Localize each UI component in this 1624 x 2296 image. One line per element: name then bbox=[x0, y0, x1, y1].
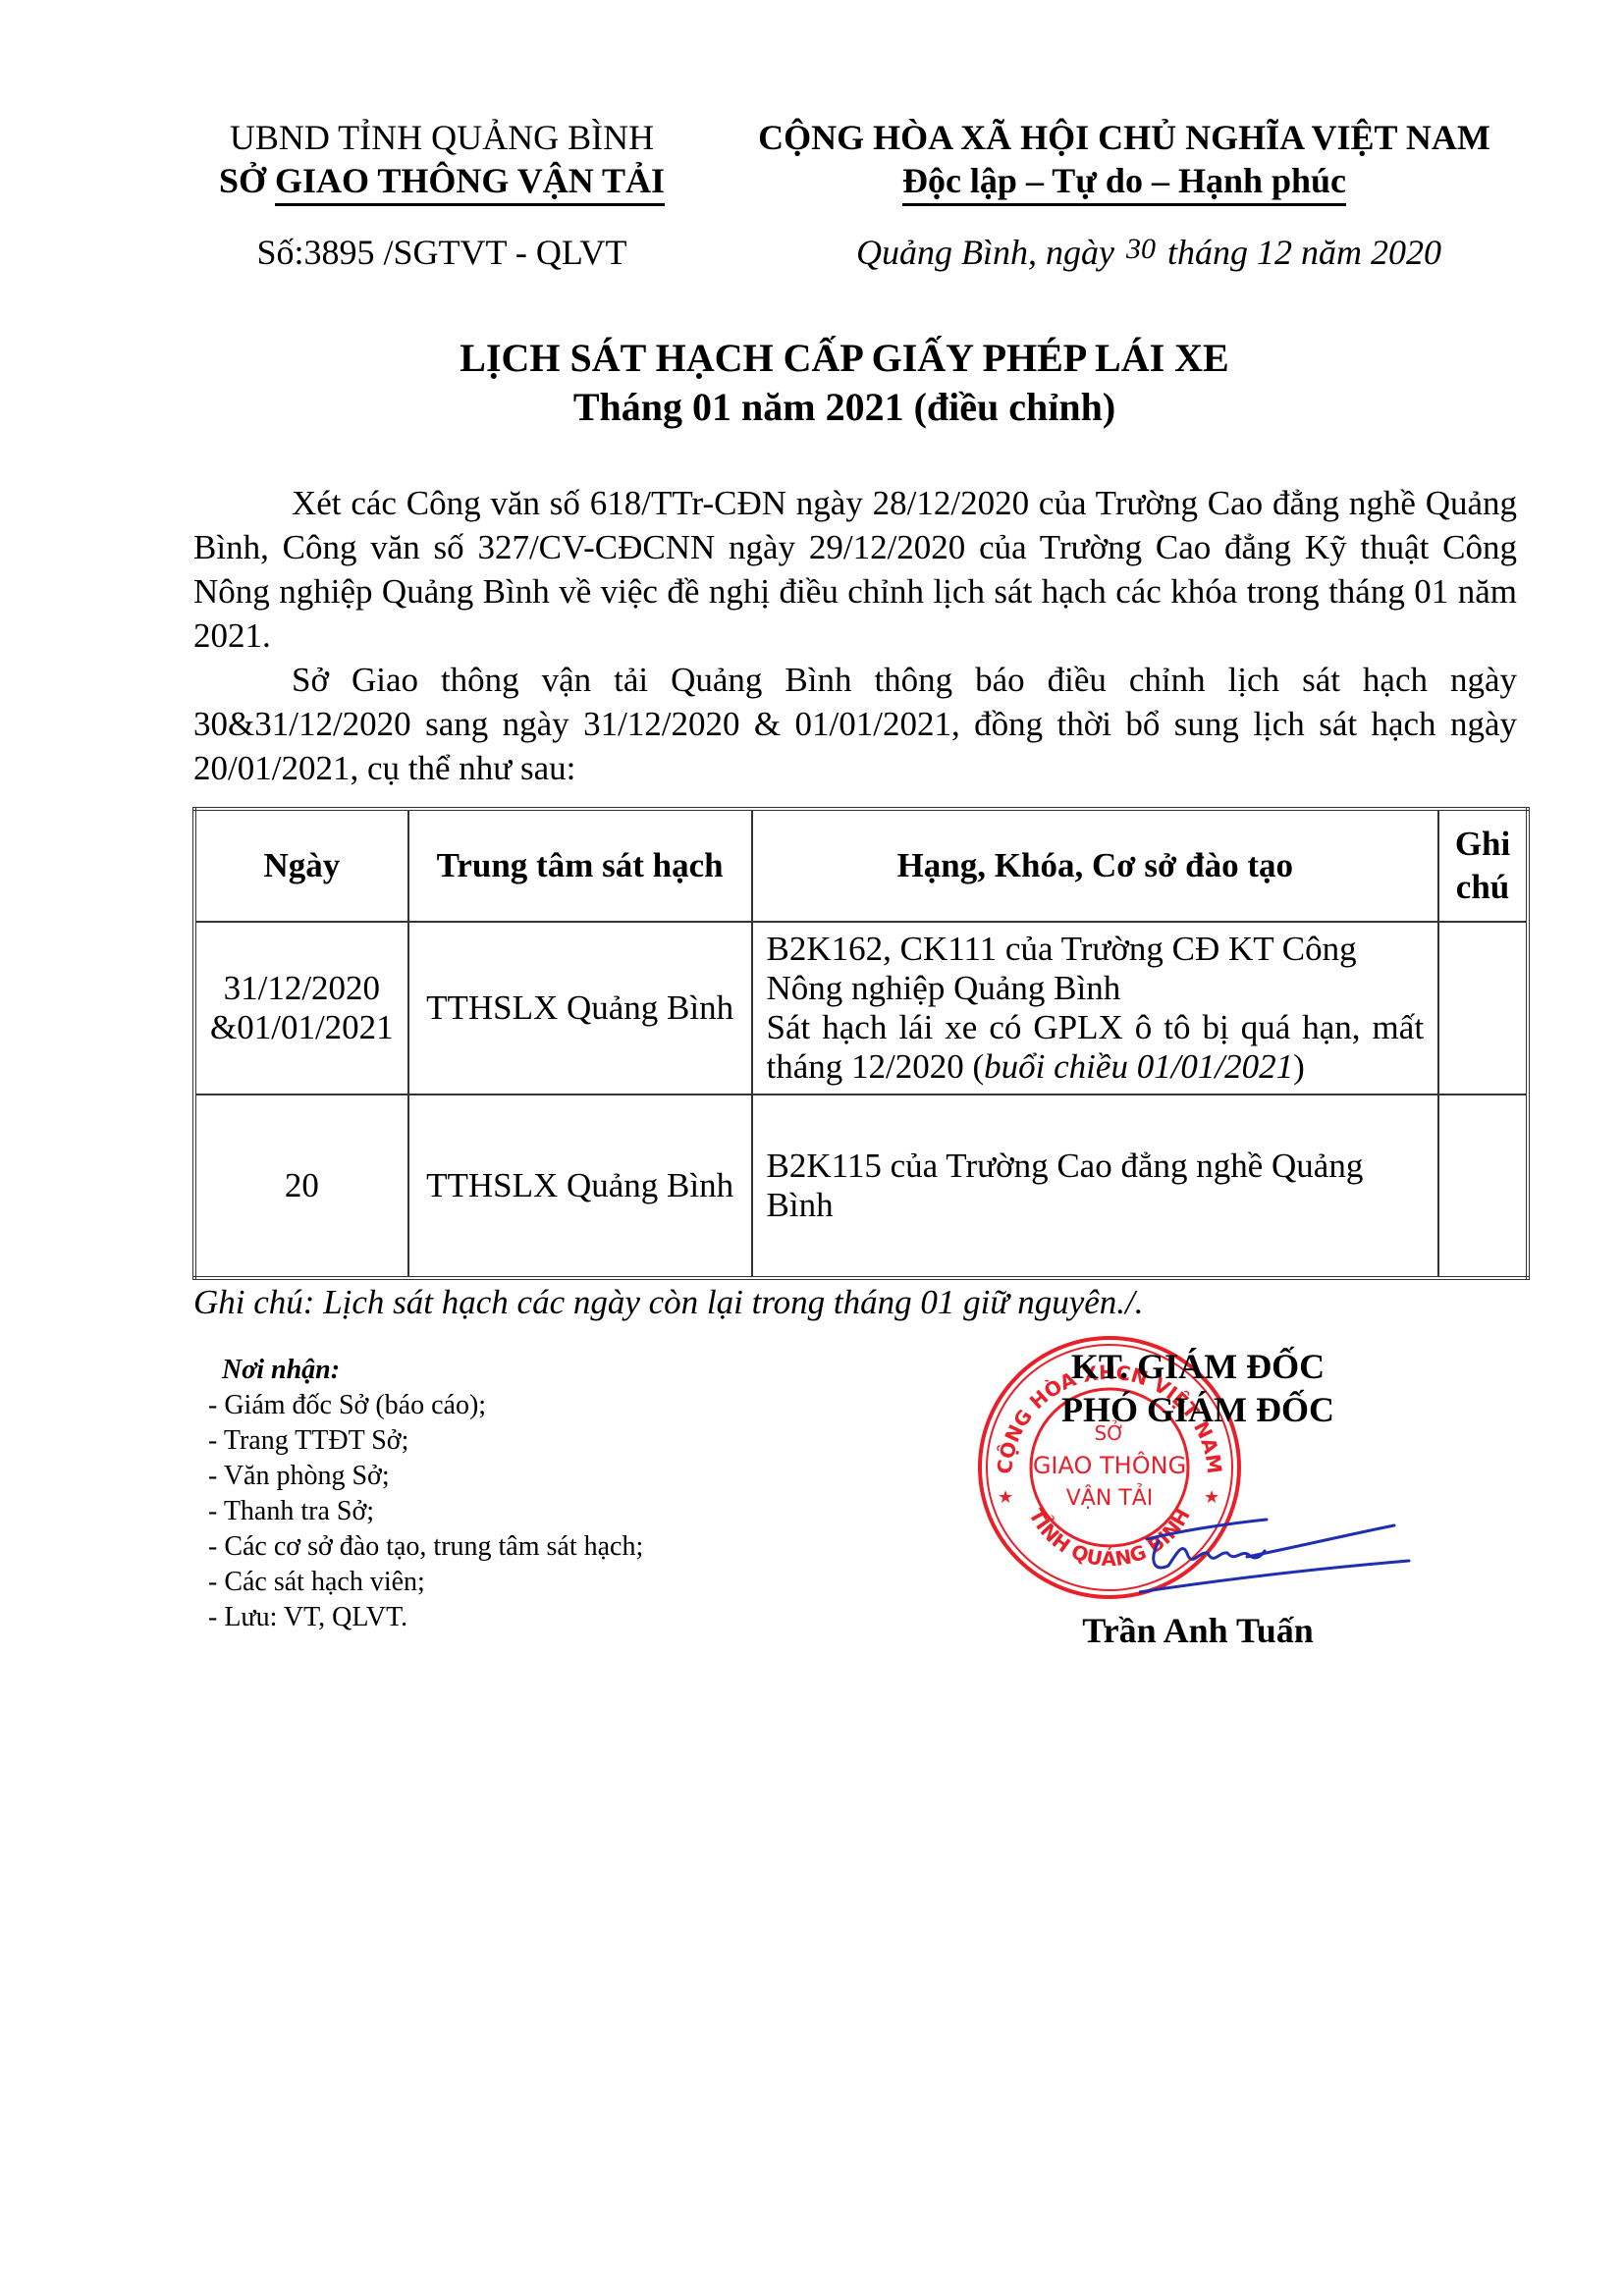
header-date: Ngày bbox=[194, 809, 408, 922]
recipient-item: - Các cơ sở đào tạo, trung tâm sát hạch; bbox=[208, 1529, 643, 1565]
title-line-2: Tháng 01 năm 2021 (điều chỉnh) bbox=[167, 383, 1522, 432]
signature-line-1: KT. GIÁM ĐỐC bbox=[1021, 1345, 1375, 1388]
recipient-item: - Thanh tra Sở; bbox=[208, 1494, 643, 1529]
recipient-item: - Trang TTĐT Sở; bbox=[208, 1423, 643, 1459]
motto-text: Độc lập – Tự do – Hạnh phúc bbox=[902, 161, 1346, 200]
cell-note bbox=[1438, 922, 1528, 1095]
recipients-block: Nơi nhận: - Giám đốc Sở (báo cáo); - Tra… bbox=[208, 1353, 643, 1635]
cell-center: TTHSLX Quảng Bình bbox=[408, 1095, 752, 1278]
body-paragraph-1: Xét các Công văn số 618/TTr-CĐN ngày 28/… bbox=[193, 481, 1517, 658]
date-line-2: &01/01/2021 bbox=[210, 1008, 394, 1047]
footnote: Ghi chú: Lịch sát hạch các ngày còn lại … bbox=[193, 1283, 1144, 1322]
place-prefix: Quảng Bình, ngày bbox=[856, 233, 1114, 272]
cell-class: B2K115 của Trường Cao đẳng nghề Quảng Bì… bbox=[752, 1095, 1439, 1278]
signer-name: Trần Anh Tuấn bbox=[1021, 1610, 1375, 1651]
national-header-block: CỘNG HÒA XÃ HỘI CHỦ NGHĨA VIỆT NAM Độc l… bbox=[731, 116, 1517, 202]
cell-class: B2K162, CK111 của Trường CĐ KT Công Nông… bbox=[752, 922, 1439, 1095]
agency-underline bbox=[275, 203, 665, 206]
issuing-agency-block: UBND TỈNH QUẢNG BÌNH SỞ GIAO THÔNG VẬN T… bbox=[167, 116, 717, 202]
header-class: Hạng, Khóa, Cơ sở đào tạo bbox=[752, 809, 1439, 922]
recipient-item: - Văn phòng Sở; bbox=[208, 1459, 643, 1494]
body-paragraph-2: Sở Giao thông vận tải Quảng Bình thông b… bbox=[193, 658, 1517, 790]
motto-underlined: Độc lập – Tự do – Hạnh phúc bbox=[902, 159, 1346, 202]
cell-center: TTHSLX Quảng Bình bbox=[408, 922, 752, 1095]
document-body: Xét các Công văn số 618/TTr-CĐN ngày 28/… bbox=[193, 481, 1517, 790]
cell-date: 20 bbox=[194, 1095, 408, 1278]
signature-title: KT. GIÁM ĐỐC PHÓ GIÁM ĐỐC bbox=[1021, 1345, 1375, 1431]
place-date: Quảng Bình, ngày30tháng 12 năm 2020 bbox=[805, 232, 1492, 273]
class-line-2-end: ) bbox=[1293, 1047, 1305, 1086]
place-day: 30 bbox=[1126, 233, 1156, 265]
schedule-table: Ngày Trung tâm sát hạch Hạng, Khóa, Cơ s… bbox=[192, 807, 1530, 1280]
agency-parent: UBND TỈNH QUẢNG BÌNH bbox=[167, 116, 717, 159]
class-line-1: B2K162, CK111 của Trường CĐ KT Công Nông… bbox=[767, 930, 1425, 1008]
svg-text:GIAO THÔNG: GIAO THÔNG bbox=[1033, 1450, 1186, 1479]
date-line-1: 31/12/2020 bbox=[210, 969, 394, 1008]
nation-name: CỘNG HÒA XÃ HỘI CHỦ NGHĨA VIỆT NAM bbox=[731, 116, 1517, 159]
recipients-heading: Nơi nhận: bbox=[222, 1353, 643, 1388]
class-line-2: Sát hạch lái xe có GPLX ô tô bị quá hạn,… bbox=[767, 1008, 1425, 1087]
cell-date: 31/12/2020 &01/01/2021 bbox=[194, 922, 408, 1095]
svg-text:★: ★ bbox=[1204, 1487, 1219, 1508]
agency-name: SỞ GIAO THÔNG VẬN TẢI bbox=[167, 159, 717, 202]
class-line-2-italic: buổi chiều 01/01/2021 bbox=[984, 1047, 1293, 1086]
cell-note bbox=[1438, 1095, 1528, 1278]
recipient-item: - Giám đốc Sở (báo cáo); bbox=[208, 1388, 643, 1423]
handwritten-signature-icon bbox=[1139, 1512, 1414, 1600]
document-number: Số:3895 /SGTVT - QLVT bbox=[167, 232, 717, 273]
motto-underline bbox=[902, 203, 1346, 206]
svg-text:VẬN TẢI: VẬN TẢI bbox=[1066, 1484, 1154, 1511]
title-line-1: LỊCH SÁT HẠCH CẤP GIẤY PHÉP LÁI XE bbox=[167, 334, 1522, 383]
agency-prefix: SỞ bbox=[219, 161, 275, 200]
place-suffix: tháng 12 năm 2020 bbox=[1167, 233, 1441, 272]
table-row: 31/12/2020 &01/01/2021 TTHSLX Quảng Bình… bbox=[194, 922, 1528, 1095]
recipient-item: - Các sát hạch viên; bbox=[208, 1565, 643, 1600]
header-note: Ghi chú bbox=[1438, 809, 1528, 922]
signature-line-2: PHÓ GIÁM ĐỐC bbox=[1021, 1388, 1375, 1431]
svg-text:★: ★ bbox=[998, 1487, 1013, 1508]
motto: Độc lập – Tự do – Hạnh phúc bbox=[731, 159, 1517, 202]
document-title: LỊCH SÁT HẠCH CẤP GIẤY PHÉP LÁI XE Tháng… bbox=[167, 334, 1522, 432]
recipient-item: - Lưu: VT, QLVT. bbox=[208, 1600, 643, 1635]
table-row: 20 TTHSLX Quảng Bình B2K115 của Trường C… bbox=[194, 1095, 1528, 1278]
agency-name-text: GIAO THÔNG VẬN TẢI bbox=[275, 161, 665, 200]
agency-name-underlined: GIAO THÔNG VẬN TẢI bbox=[275, 159, 665, 202]
header-center: Trung tâm sát hạch bbox=[408, 809, 752, 922]
table-header-row: Ngày Trung tâm sát hạch Hạng, Khóa, Cơ s… bbox=[194, 809, 1528, 922]
